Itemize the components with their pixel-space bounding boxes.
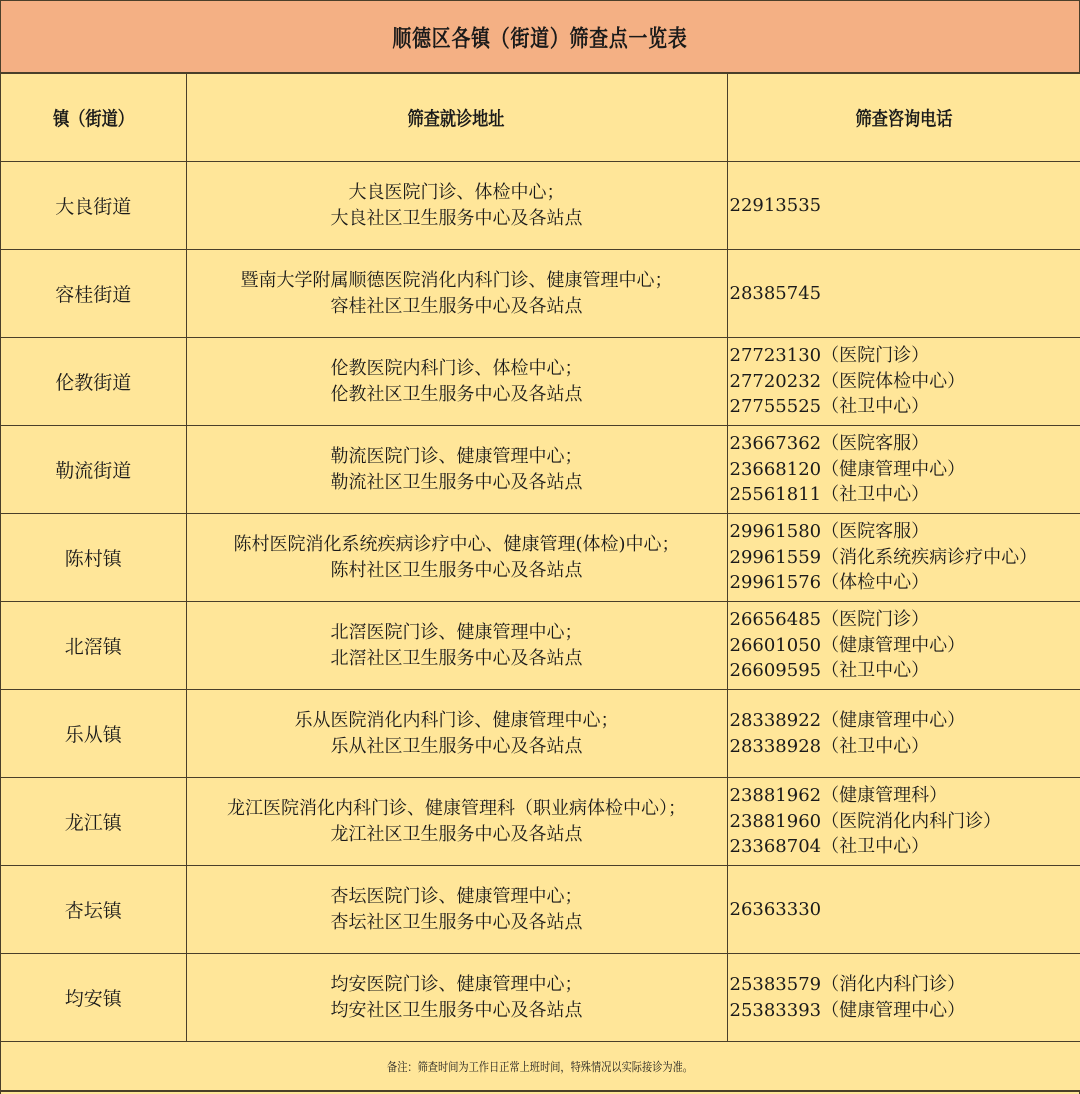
table-row: 伦教街道伦教医院内科门诊、体检中心；伦教社区卫生服务中心及各站点27723130… xyxy=(1,338,1080,426)
address-cell: 陈村医院消化系统疾病诊疗中心、健康管理(体检)中心；陈村社区卫生服务中心及各站点 xyxy=(186,514,727,602)
phone-number: 25561811（社卫中心） xyxy=(730,482,1080,508)
phone-number: 23881960（医院消化内科门诊） xyxy=(730,809,1080,835)
town-cell: 杏坛镇 xyxy=(1,866,186,954)
address-cell: 大良医院门诊、体检中心；大良社区卫生服务中心及各站点 xyxy=(186,162,727,250)
table-row: 杏坛镇杏坛医院门诊、健康管理中心；杏坛社区卫生服务中心及各站点26363330 xyxy=(1,866,1080,954)
phone-number: 22913535 xyxy=(730,193,1080,219)
phone-number: 25383393（健康管理中心） xyxy=(730,998,1080,1024)
address-line: 龙江医院消化内科门诊、健康管理科（职业病体检中心）； xyxy=(187,796,727,822)
table-row: 龙江镇龙江医院消化内科门诊、健康管理科（职业病体检中心）；龙江社区卫生服务中心及… xyxy=(1,778,1080,866)
phone-number: 29961576（体检中心） xyxy=(730,570,1080,596)
address-line: 勒流社区卫生服务中心及各站点 xyxy=(187,470,727,496)
address-line: 均安社区卫生服务中心及各站点 xyxy=(187,998,727,1024)
phone-cell: 26656485（医院门诊）26601050（健康管理中心）26609595（社… xyxy=(727,602,1080,690)
header-town: 镇（街道） xyxy=(1,74,186,162)
table-row: 均安镇均安医院门诊、健康管理中心；均安社区卫生服务中心及各站点25383579（… xyxy=(1,954,1080,1042)
phone-cell: 28338922（健康管理中心）28338928（社卫中心） xyxy=(727,690,1080,778)
address-cell: 勒流医院门诊、健康管理中心；勒流社区卫生服务中心及各站点 xyxy=(186,426,727,514)
phone-number: 29961559（消化系统疾病诊疗中心） xyxy=(730,545,1080,571)
note-row: 备注：筛查时间为工作日正常上班时间，特殊情况以实际接诊为准。 xyxy=(1,1042,1080,1092)
phone-number: 28385745 xyxy=(730,281,1080,307)
address-cell: 龙江医院消化内科门诊、健康管理科（职业病体检中心）；龙江社区卫生服务中心及各站点 xyxy=(186,778,727,866)
page-title: 顺德区各镇（街道）筛查点一览表 xyxy=(392,20,687,53)
address-cell: 伦教医院内科门诊、体检中心；伦教社区卫生服务中心及各站点 xyxy=(186,338,727,426)
address-cell: 杏坛医院门诊、健康管理中心；杏坛社区卫生服务中心及各站点 xyxy=(186,866,727,954)
address-line: 大良医院门诊、体检中心； xyxy=(187,180,727,206)
header-row: 镇（街道） 筛查就诊地址 筛查咨询电话 xyxy=(1,74,1080,162)
table-row: 陈村镇陈村医院消化系统疾病诊疗中心、健康管理(体检)中心；陈村社区卫生服务中心及… xyxy=(1,514,1080,602)
header-address: 筛查就诊地址 xyxy=(186,74,727,162)
phone-number: 23668120（健康管理中心） xyxy=(730,457,1080,483)
phone-cell: 29961580（医院客服）29961559（消化系统疾病诊疗中心）299615… xyxy=(727,514,1080,602)
phone-number: 26609595（社卫中心） xyxy=(730,658,1080,684)
address-line: 北滘医院门诊、健康管理中心； xyxy=(187,620,727,646)
address-cell: 暨南大学附属顺德医院消化内科门诊、健康管理中心；容桂社区卫生服务中心及各站点 xyxy=(186,250,727,338)
town-cell: 伦教街道 xyxy=(1,338,186,426)
table-row: 容桂街道暨南大学附属顺德医院消化内科门诊、健康管理中心；容桂社区卫生服务中心及各… xyxy=(1,250,1080,338)
address-line: 乐从社区卫生服务中心及各站点 xyxy=(187,734,727,760)
address-line: 龙江社区卫生服务中心及各站点 xyxy=(187,822,727,848)
phone-number: 26601050（健康管理中心） xyxy=(730,633,1080,659)
phone-number: 23667362（医院客服） xyxy=(730,431,1080,457)
address-line: 大良社区卫生服务中心及各站点 xyxy=(187,206,727,232)
header-phone: 筛查咨询电话 xyxy=(727,74,1080,162)
town-cell: 均安镇 xyxy=(1,954,186,1042)
address-line: 暨南大学附属顺德医院消化内科门诊、健康管理中心； xyxy=(187,268,727,294)
phone-number: 29961580（医院客服） xyxy=(730,519,1080,545)
address-cell: 均安医院门诊、健康管理中心；均安社区卫生服务中心及各站点 xyxy=(186,954,727,1042)
note-text: 备注：筛查时间为工作日正常上班时间，特殊情况以实际接诊为准。 xyxy=(387,1058,693,1075)
phone-number: 28338922（健康管理中心） xyxy=(730,708,1080,734)
address-line: 北滘社区卫生服务中心及各站点 xyxy=(187,646,727,672)
address-line: 杏坛社区卫生服务中心及各站点 xyxy=(187,910,727,936)
address-line: 均安医院门诊、健康管理中心； xyxy=(187,972,727,998)
address-line: 杏坛医院门诊、健康管理中心； xyxy=(187,884,727,910)
phone-number: 26656485（医院门诊） xyxy=(730,607,1080,633)
table-row: 勒流街道勒流医院门诊、健康管理中心；勒流社区卫生服务中心及各站点23667362… xyxy=(1,426,1080,514)
address-line: 勒流医院门诊、健康管理中心； xyxy=(187,444,727,470)
title-bar: 顺德区各镇（街道）筛查点一览表 xyxy=(1,0,1079,74)
phone-number: 27723130（医院门诊） xyxy=(730,343,1080,369)
address-line: 陈村社区卫生服务中心及各站点 xyxy=(187,558,727,584)
table-row: 大良街道大良医院门诊、体检中心；大良社区卫生服务中心及各站点22913535 xyxy=(1,162,1080,250)
town-cell: 勒流街道 xyxy=(1,426,186,514)
phone-number: 26363330 xyxy=(730,897,1080,923)
note-cell: 备注：筛查时间为工作日正常上班时间，特殊情况以实际接诊为准。 xyxy=(1,1042,1080,1092)
phone-cell: 27723130（医院门诊）27720232（医院体检中心）27755525（社… xyxy=(727,338,1080,426)
phone-number: 27755525（社卫中心） xyxy=(730,394,1080,420)
phone-number: 27720232（医院体检中心） xyxy=(730,369,1080,395)
address-line: 陈村医院消化系统疾病诊疗中心、健康管理(体检)中心； xyxy=(187,532,727,558)
town-cell: 北滘镇 xyxy=(1,602,186,690)
phone-number: 25383579（消化内科门诊） xyxy=(730,972,1080,998)
address-line: 容桂社区卫生服务中心及各站点 xyxy=(187,294,727,320)
phone-cell: 22913535 xyxy=(727,162,1080,250)
phone-cell: 23667362（医院客服）23668120（健康管理中心）25561811（社… xyxy=(727,426,1080,514)
screening-sites-sheet: 顺德区各镇（街道）筛查点一览表 镇（街道） 筛查就诊地址 筛查咨询电话 大良街道… xyxy=(0,0,1080,1094)
town-cell: 龙江镇 xyxy=(1,778,186,866)
phone-number: 23881962（健康管理科） xyxy=(730,783,1080,809)
town-cell: 乐从镇 xyxy=(1,690,186,778)
phone-cell: 25383579（消化内科门诊）25383393（健康管理中心） xyxy=(727,954,1080,1042)
address-cell: 乐从医院消化内科门诊、健康管理中心；乐从社区卫生服务中心及各站点 xyxy=(186,690,727,778)
screening-sites-table: 镇（街道） 筛查就诊地址 筛查咨询电话 大良街道大良医院门诊、体检中心；大良社区… xyxy=(1,74,1080,1092)
phone-number: 23368704（社卫中心） xyxy=(730,834,1080,860)
address-line: 乐从医院消化内科门诊、健康管理中心； xyxy=(187,708,727,734)
address-cell: 北滘医院门诊、健康管理中心；北滘社区卫生服务中心及各站点 xyxy=(186,602,727,690)
town-cell: 陈村镇 xyxy=(1,514,186,602)
phone-number: 28338928（社卫中心） xyxy=(730,734,1080,760)
table-row: 乐从镇乐从医院消化内科门诊、健康管理中心；乐从社区卫生服务中心及各站点28338… xyxy=(1,690,1080,778)
phone-cell: 28385745 xyxy=(727,250,1080,338)
address-line: 伦教社区卫生服务中心及各站点 xyxy=(187,382,727,408)
address-line: 伦教医院内科门诊、体检中心； xyxy=(187,356,727,382)
town-cell: 容桂街道 xyxy=(1,250,186,338)
phone-cell: 23881962（健康管理科）23881960（医院消化内科门诊）2336870… xyxy=(727,778,1080,866)
table-row: 北滘镇北滘医院门诊、健康管理中心；北滘社区卫生服务中心及各站点26656485（… xyxy=(1,602,1080,690)
town-cell: 大良街道 xyxy=(1,162,186,250)
phone-cell: 26363330 xyxy=(727,866,1080,954)
